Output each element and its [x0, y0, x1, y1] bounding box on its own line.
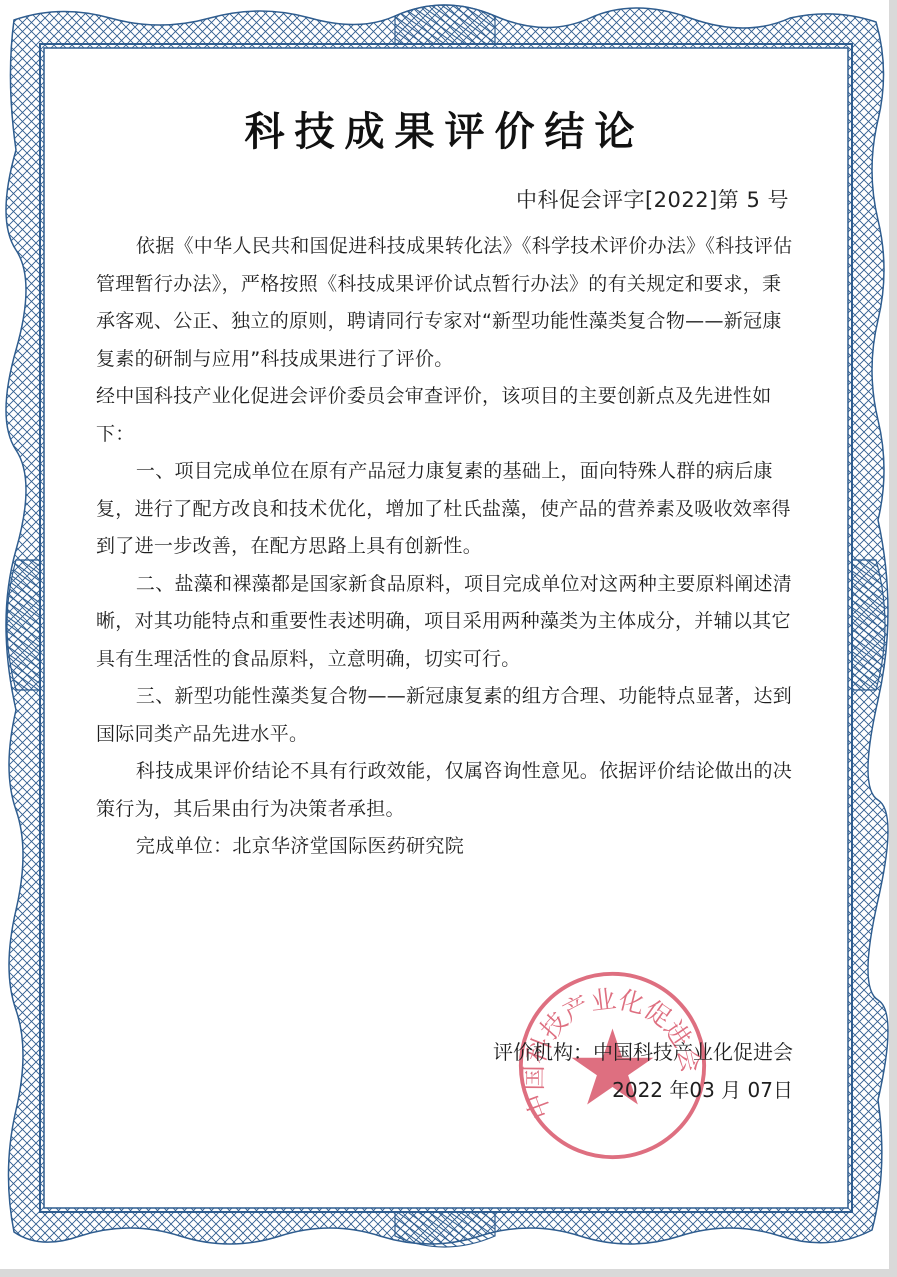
paragraph-point-3: 三、新型功能性藻类复合物——新冠康复素的组方合理、功能特点显著，达到国际同类产品…	[96, 678, 796, 753]
paragraph-disclaimer: 科技成果评价结论不具有行政效能，仅属咨询性意见。依据评价结论做出的决策行为，其后…	[96, 753, 796, 828]
paragraph-point-2: 二、盐藻和裸藻都是国家新食品原料，项目完成单位对这两种主要原料阐述清晰，对其功能…	[96, 566, 796, 679]
document-body: 依据《中华人民共和国促进科技成果转化法》《科学技术评价办法》《科技评估管理暂行办…	[96, 228, 796, 866]
certificate-page: 科技成果评价结论 中科促会评字[2022]第 5 号 依据《中华人民共和国促进科…	[0, 0, 889, 1269]
paragraph-review: 经中国科技产业化促进会评价委员会审查评价，该项目的主要创新点及先进性如下：	[96, 378, 796, 453]
document-number: 中科促会评字[2022]第 5 号	[516, 184, 789, 214]
paragraph-point-1: 一、项目完成单位在原有产品冠力康复素的基础上，面向特殊人群的病后康复，进行了配方…	[96, 453, 796, 566]
evaluating-organization: 评价机构：中国科技产业化促进会	[493, 1036, 793, 1065]
paragraph-completing-unit: 完成单位：北京华济堂国际医药研究院	[96, 828, 796, 866]
evaluation-date: 2022 年03 月 07日	[612, 1074, 793, 1103]
document-title: 科技成果评价结论	[0, 100, 889, 157]
document-content: 科技成果评价结论 中科促会评字[2022]第 5 号 依据《中华人民共和国促进科…	[0, 0, 889, 1269]
paragraph-basis: 依据《中华人民共和国促进科技成果转化法》《科学技术评价办法》《科技评估管理暂行办…	[96, 228, 796, 378]
official-seal: 中国科技产业化促进会	[515, 968, 710, 1163]
